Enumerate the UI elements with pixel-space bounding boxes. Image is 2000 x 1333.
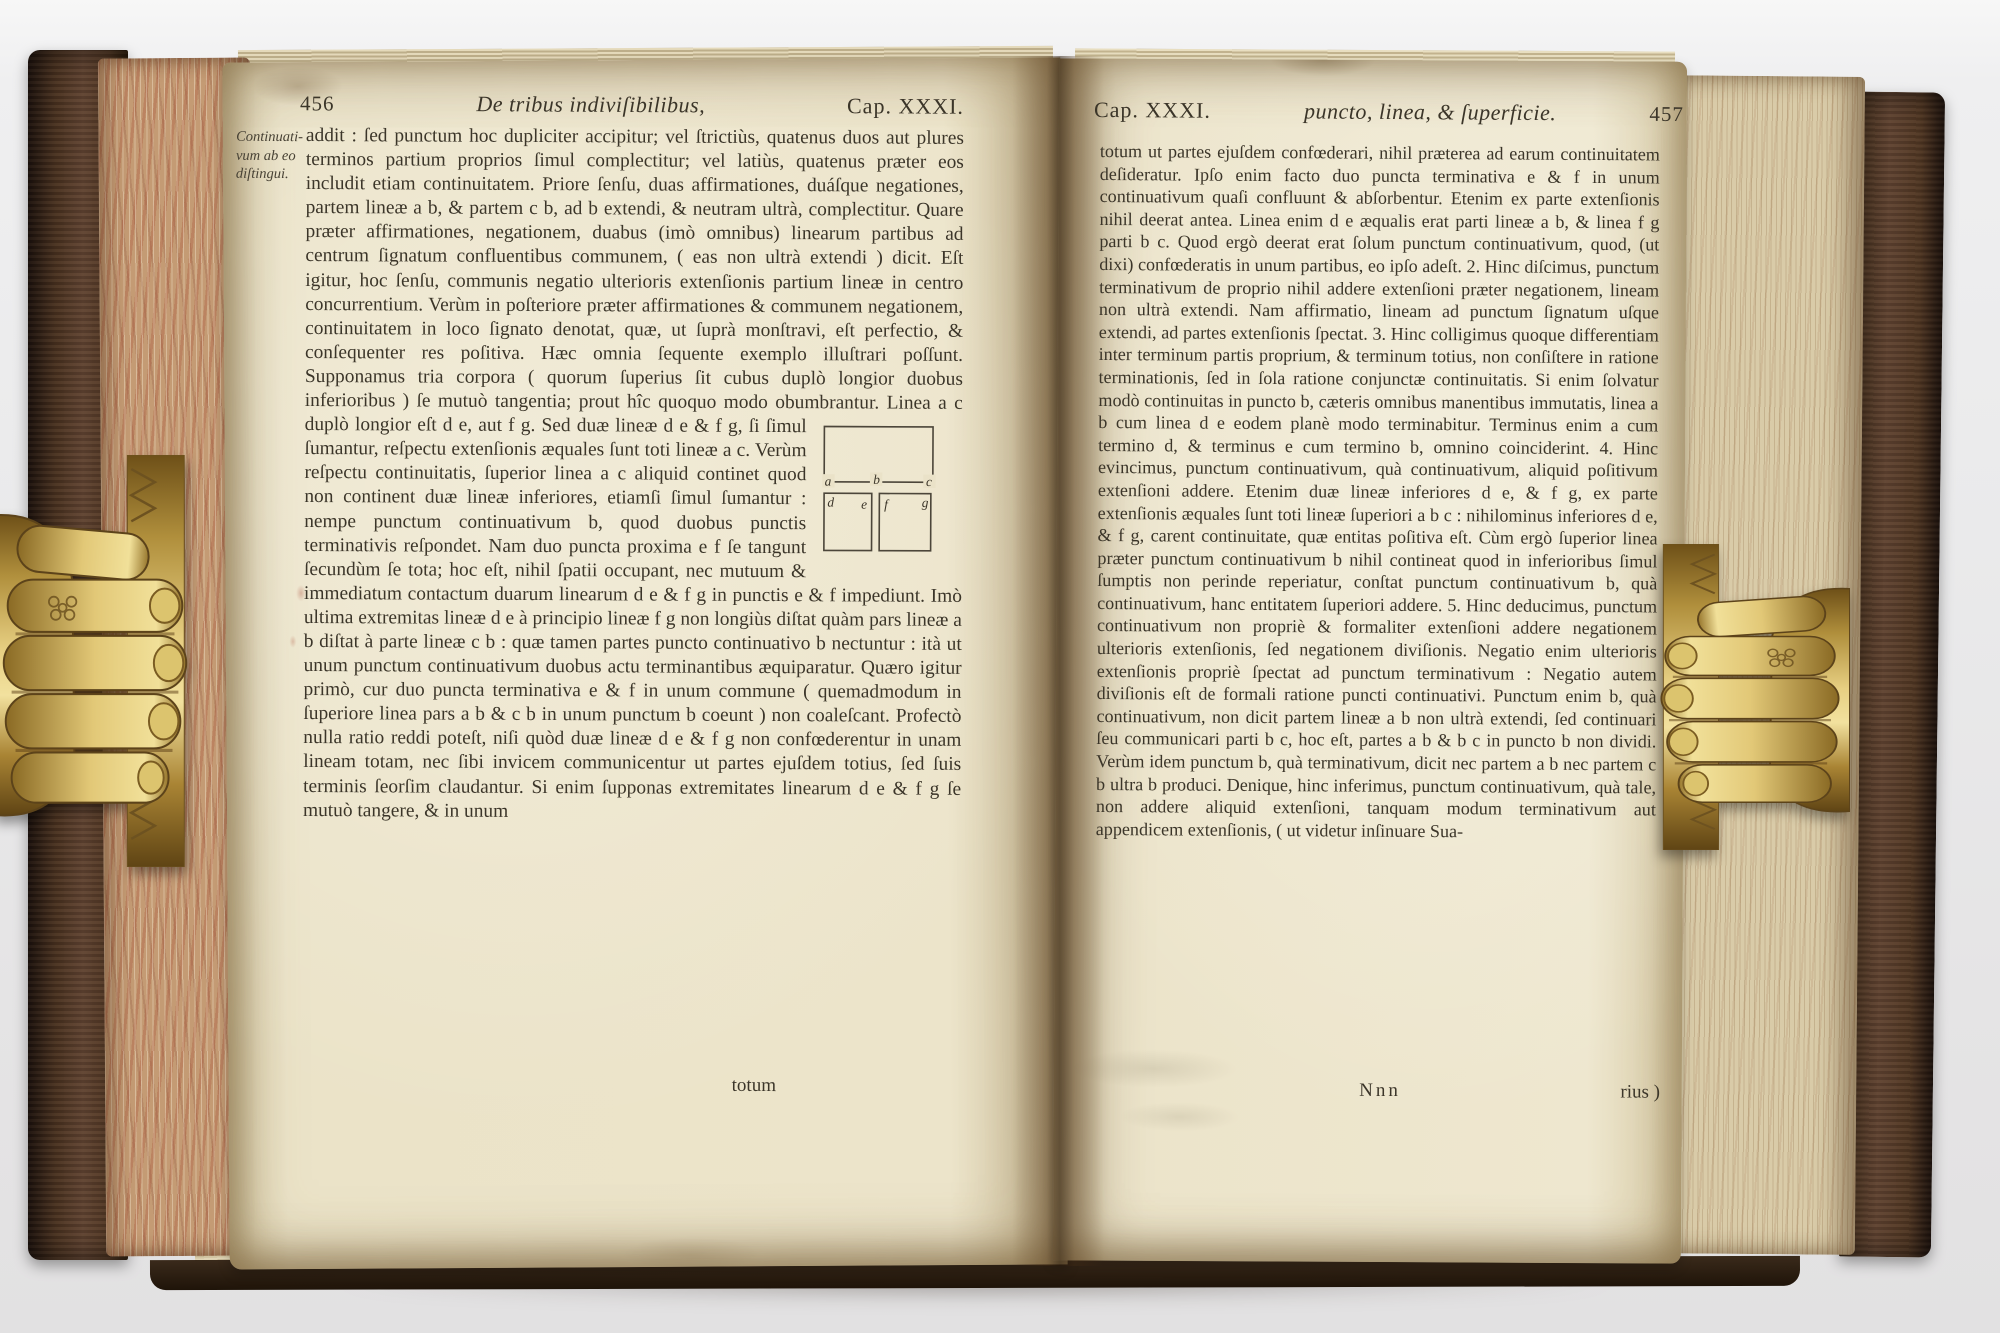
left-running-title: De tribus indiviſibilibus, [476,91,705,118]
three-rectangles-diagram: a b c d e f g [818,419,941,566]
right-running-title: puncto, linea, & ſuperficie. [1304,98,1556,126]
right-page-header: Cap. XXXI. puncto, linea, & ſuperficie. … [1094,97,1684,127]
brass-hand-icon [1650,544,1850,850]
right-page-body: totum ut partes ejuſdem confœderari, nih… [1096,140,1660,844]
figure-label-d: d [827,495,834,510]
margin-note-line: vum ab eo [236,146,312,165]
gathering-signature: Nnn [1359,1080,1401,1102]
right-catchword: rius ) [1401,1080,1660,1104]
gutter-shadow [1012,56,1104,1266]
figure-label-b: b [873,472,880,487]
figure-label-a: a [825,474,832,489]
left-chapter-label: Cap. XXXI. [847,93,964,120]
margin-note-line: Continuati- [236,128,312,147]
geometric-figure: a b c d e f g [806,415,963,568]
margin-note-line: diſtingui. [236,165,312,184]
right-chapter-label: Cap. XXXI. [1094,97,1211,124]
figure-label-f: f [884,497,890,512]
left-page-body: addit : ſed punctum hoc dupliciter accip… [303,124,964,826]
figure-label-c: c [926,474,932,489]
left-page-number: 456 [300,91,335,116]
gilt-hand-clasp-left [0,455,198,867]
right-page-signature-line: Nnn rius ) [1100,1078,1660,1103]
left-page-header: 456 De tribus indiviſibilibus, Cap. XXXI… [300,90,964,119]
figure-label-e: e [861,497,867,512]
left-catchword: totum [306,1073,776,1097]
left-body-text-1: addit : ſed punctum hoc dupliciter accip… [305,125,964,414]
brass-hand-icon [0,455,198,867]
photo-open-antique-book: 456 De tribus indiviſibilibus, Cap. XXXI… [0,0,2000,1333]
figure-label-g: g [922,495,929,510]
gilt-hand-clasp-right [1650,544,1850,850]
signature-spacer [1100,1078,1359,1102]
right-page-number: 457 [1649,102,1684,127]
margin-note: Continuati- vum ab eo diſtingui. [236,128,312,184]
